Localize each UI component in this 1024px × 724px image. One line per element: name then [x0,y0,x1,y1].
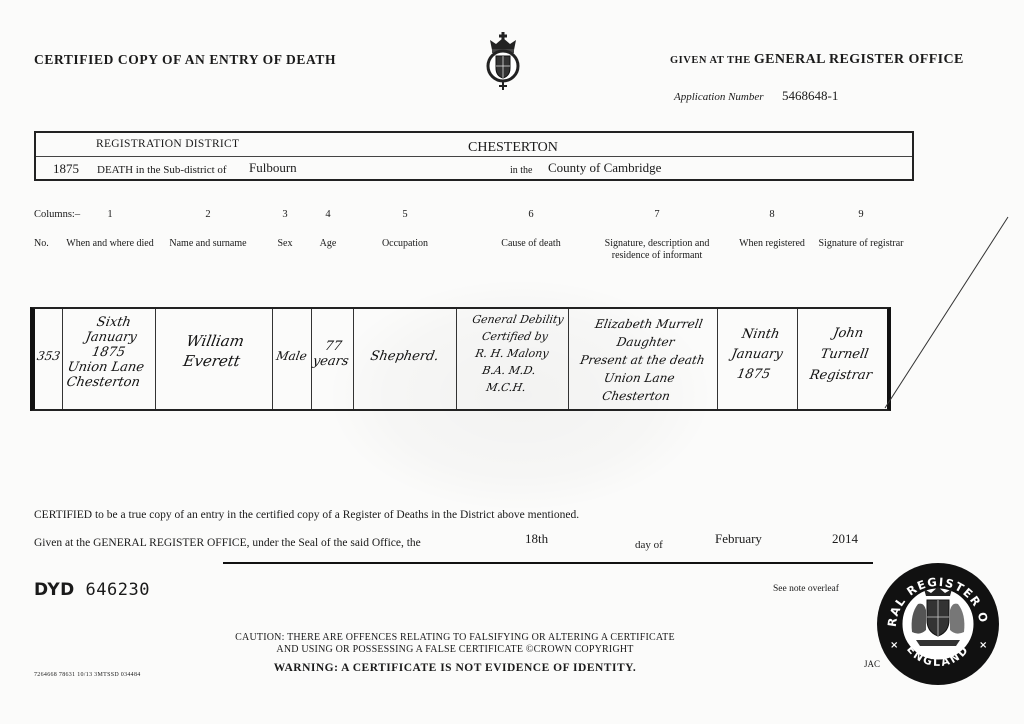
caution-line-2: AND USING OR POSSESSING A FALSE CERTIFIC… [180,644,730,656]
column-heading: Signature, description and residence of … [592,238,722,262]
entry-name: WilliamEverett [151,331,275,371]
handwritten-line: M.C.H. [449,379,564,396]
given-at-heading: GIVEN AT THE GENERAL REGISTER OFFICE [670,52,964,68]
handwritten-line: Sixth [66,315,162,330]
column-heading: Occupation [360,238,450,250]
day-of-label: day of [635,539,663,551]
column-heading: Cause of death [486,238,576,250]
identity-warning: WARNING: A CERTIFICATE IS NOT EVIDENCE O… [180,662,730,674]
handwritten-line: William [155,331,276,351]
handwritten-line: Union Lane [58,360,154,375]
column-number: 9 [841,209,881,220]
handwritten-line: Chesterton [560,387,712,405]
given-at-statement: Given at the GENERAL REGISTER OFFICE, un… [34,537,421,549]
certificate-serial: DYD 646230 [34,580,150,600]
handwritten-line: R. H. Malony [455,345,570,362]
in-the-label: in the [510,165,533,176]
handwritten-line: Elizabeth Murrell [573,315,725,333]
print-code: 7264668 78631 10/13 3MTSSD 034484 [34,672,141,678]
svg-text:×: × [979,640,987,651]
county-value: County of Cambridge [548,160,661,176]
entry-cause-of-death: General DebilityCertified byR. H. Malony… [449,311,576,396]
handwritten-line: years [308,354,353,369]
handwritten-line: Certified by [457,328,572,345]
svg-text:×: × [890,640,898,651]
subdistrict-label: DEATH in the Sub-district of [97,164,227,176]
handwritten-line: B.A. M.D. [452,362,567,379]
subdistrict-value: Fulbourn [249,160,297,176]
application-number-value: 5468648-1 [782,88,838,104]
caution-notice: CAUTION: THERE ARE OFFENCES RELATING TO … [180,632,730,655]
royal-crest-icon [486,32,520,92]
handwritten-line: Daughter [570,333,722,351]
entry-occupation: Shepherd. [352,349,458,364]
general-register-office-seal-icon: GENERAL REGISTER OFFICE ENGLAND × × [876,562,1000,686]
column-heading: When and where died [65,238,155,250]
handwritten-line: 77 [311,339,356,354]
serial-number: 646230 [86,580,150,600]
certificate-title: CERTIFIED COPY OF AN ENTRY OF DEATH [34,52,336,68]
serial-prefix: DYD [34,580,75,600]
cancellation-line [880,215,1010,410]
handwritten-line: General Debility [460,311,575,328]
handwritten-line: Ninth [719,325,803,345]
column-number: 3 [265,209,305,220]
given-at-office: GENERAL REGISTER OFFICE [754,52,964,67]
column-number: 7 [637,209,677,220]
entry-age: 77years [308,339,355,369]
handwritten-line: Everett [151,351,272,371]
entry-row: 353 SixthJanuary1875Union LaneChesterton… [30,307,891,411]
handwritten-line: January [63,330,159,345]
registration-district-label: REGISTRATION DISTRICT [96,138,239,150]
given-at-prefix: GIVEN AT THE [670,55,751,66]
registration-box-divider [36,156,912,157]
issue-day: 18th [525,531,548,547]
handwritten-line: Union Lane [563,369,715,387]
handwritten-line: 1875 [712,365,796,385]
column-number: 6 [511,209,551,220]
issue-year: 2014 [832,531,858,547]
column-number: 4 [308,209,348,220]
handwritten-line: January [715,345,799,365]
handwritten-line: 1875 [61,345,157,360]
caution-line-1: CAUTION: THERE ARE OFFENCES RELATING TO … [180,632,730,644]
application-number-label: Application Number [674,91,764,103]
entry-number: 353 [34,349,64,364]
handwritten-line: Registrar [791,365,890,386]
handwritten-line: Present at the death [566,351,718,369]
column-number: 2 [188,209,228,220]
registration-year: 1875 [53,161,79,177]
column-heading: When registered [727,238,817,250]
column-number: 8 [752,209,792,220]
see-note-overleaf: See note overleaf [773,584,839,594]
signature-rule [223,562,873,564]
entry-when-registered: NinthJanuary1875 [712,325,803,385]
registration-district-value: CHESTERTON [468,140,558,156]
certification-statement: CERTIFIED to be a true copy of an entry … [34,509,579,521]
columns-label: Columns:– [34,209,80,220]
column-heading: No. [34,238,64,250]
entry-informant: Elizabeth MurrellDaughterPresent at the … [560,315,725,405]
handwritten-line: Chesterton [55,375,151,390]
column-number: 1 [90,209,130,220]
issue-month: February [715,531,762,547]
column-number: 5 [385,209,425,220]
entry-when-where-died: SixthJanuary1875Union LaneChesterton [55,315,161,390]
entry-sex: Male [271,349,313,364]
